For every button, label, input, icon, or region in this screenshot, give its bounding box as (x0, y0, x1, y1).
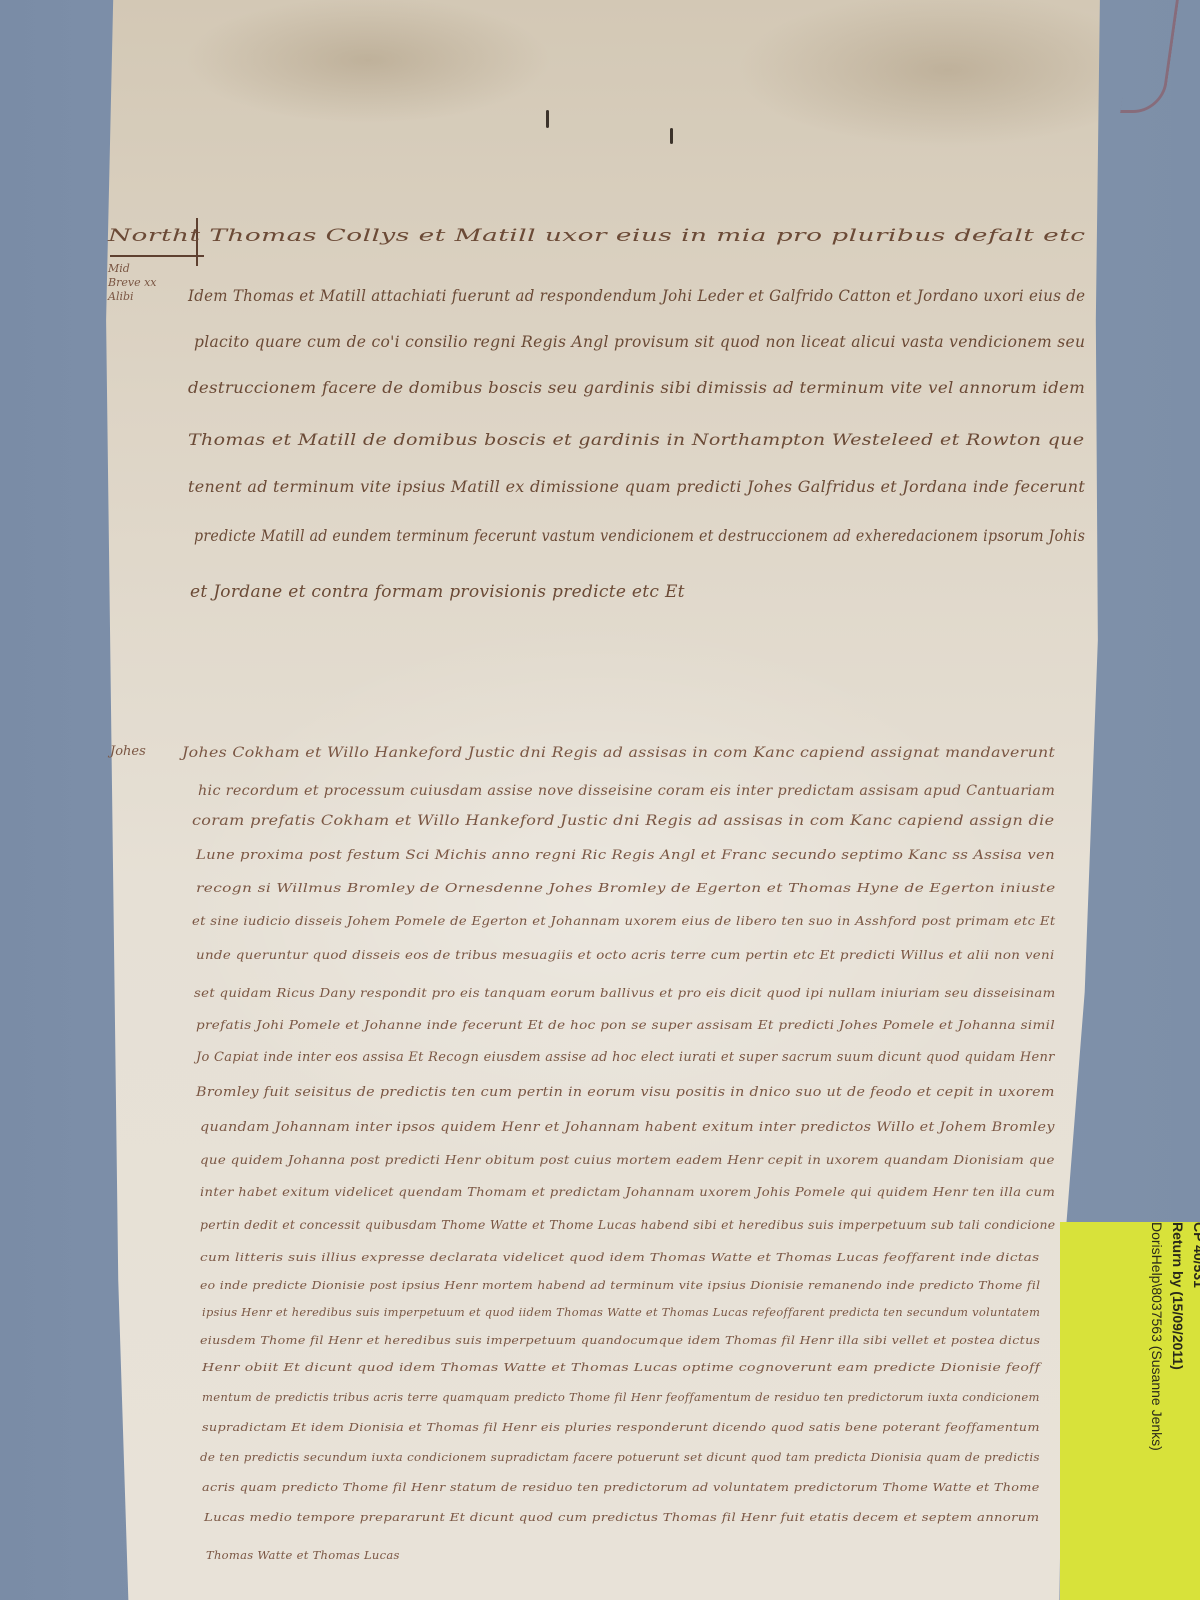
entry-1-line-8: et Jordane et contra formam provisionis … (190, 582, 685, 602)
entry-2-line-9: prefatis Johi Pomele et Johanne inde fec… (196, 1017, 1055, 1032)
entry-2-line-10: Jo Capiat inde inter eos assisa Et Recog… (196, 1050, 1055, 1065)
entry-2-line-21: mentum de predictis tribus acris terre q… (202, 1390, 1040, 1404)
entry-1-line-7: predicte Matill ad eundem terminum fecer… (194, 527, 1085, 545)
entry-2-line-23: de ten predictis secundum iuxta condicio… (200, 1450, 1040, 1464)
entry-2-line-14: inter habet exitum videlicet quendam Tho… (200, 1185, 1055, 1199)
archive-label-text: 7101555 CP 40/531 Return by (15/09/2011)… (1146, 1222, 1200, 1582)
margin-note-alibi: Alibi (108, 290, 156, 304)
label-return-date: Return by (15/09/2011) (1167, 1222, 1188, 1582)
entry-2-line-13: que quidem Johanna post predicti Henr ob… (200, 1152, 1055, 1167)
entry-1-line-4: destruccionem facere de domibus boscis s… (188, 379, 1085, 397)
parchment-blemish (670, 128, 673, 144)
entry-2-line-12: quandam Johannam inter ipsos quidem Henr… (200, 1120, 1055, 1135)
margin-note-mid: Mid (108, 262, 156, 276)
entry-1-line-5: Thomas et Matill de domibus boscis et ga… (188, 430, 1084, 449)
entry-2-line-4: Lune proxima post festum Sci Michis anno… (196, 848, 1055, 863)
heading-underline (110, 255, 204, 257)
entry-2-line-20: Henr obiit Et dicunt quod idem Thomas Wa… (202, 1360, 1040, 1374)
label-requester: DorisHelp\8037563 (Susanne Jenks) (1146, 1222, 1167, 1582)
entry-2-line-25: Lucas medio tempore prepararunt Et dicun… (204, 1510, 1039, 1524)
parchment-blemish (546, 110, 549, 128)
entry-2-line-1: Johes Cokham et Willo Hankeford Justic d… (182, 745, 1055, 761)
entry-2-line-2: hic recordum et processum cuiusdam assis… (198, 783, 1055, 799)
entry-2-line-6: et sine iudicio disseis Johem Pomele de … (192, 913, 1055, 928)
entry-2-line-7: unde queruntur quod disseis eos de tribu… (196, 947, 1055, 962)
entry-1-line-1: Northt Thomas Collys et Matill uxor eius… (108, 226, 1086, 246)
entry-2-line-26: Thomas Watte et Thomas Lucas (206, 1548, 400, 1562)
margin-note-entry-1: Mid Breve xx Alibi (108, 262, 156, 304)
entry-2-line-16: cum litteris suis illius expresse declar… (200, 1250, 1039, 1264)
entry-2-line-11: Bromley fuit seisitus de predictis ten c… (196, 1085, 1055, 1100)
entry-1-line-3: placito quare cum de co'i consilio regni… (194, 333, 1085, 351)
entry-1-line-2: Idem Thomas et Matill attachiati fuerunt… (188, 287, 1085, 305)
entry-2-line-18: ipsius Henr et heredibus suis imperpetuu… (202, 1305, 1040, 1319)
margin-note-entry-2: Johes (110, 745, 146, 759)
entry-2-line-19: eiusdem Thome fil Henr et heredibus suis… (200, 1333, 1040, 1347)
entry-2-line-17: eo inde predicte Dionisie post ipsius He… (200, 1278, 1040, 1292)
entry-2-line-3: coram prefatis Cokham et Willo Hankeford… (192, 813, 1054, 829)
label-reference: CP 40/531 (1188, 1222, 1200, 1582)
margin-note-breve: Breve xx (108, 276, 156, 290)
entry-2-line-5: recogn si Willmus Bromley de Ornesdenne … (196, 880, 1056, 895)
entry-1-line-6: tenent ad terminum vite ipsius Matill ex… (188, 478, 1085, 496)
entry-2-line-15: pertin dedit et concessit quibusdam Thom… (200, 1218, 1055, 1232)
entry-2-line-8: set quidam Ricus Dany respondit pro eis … (194, 985, 1056, 1000)
archive-label: 7101555 CP 40/531 Return by (15/09/2011)… (1060, 1222, 1200, 1600)
entry-2-line-24: acris quam predicto Thome fil Henr statu… (202, 1480, 1040, 1494)
entry-2-line-22: supradictam Et idem Dionisia et Thomas f… (202, 1420, 1040, 1434)
